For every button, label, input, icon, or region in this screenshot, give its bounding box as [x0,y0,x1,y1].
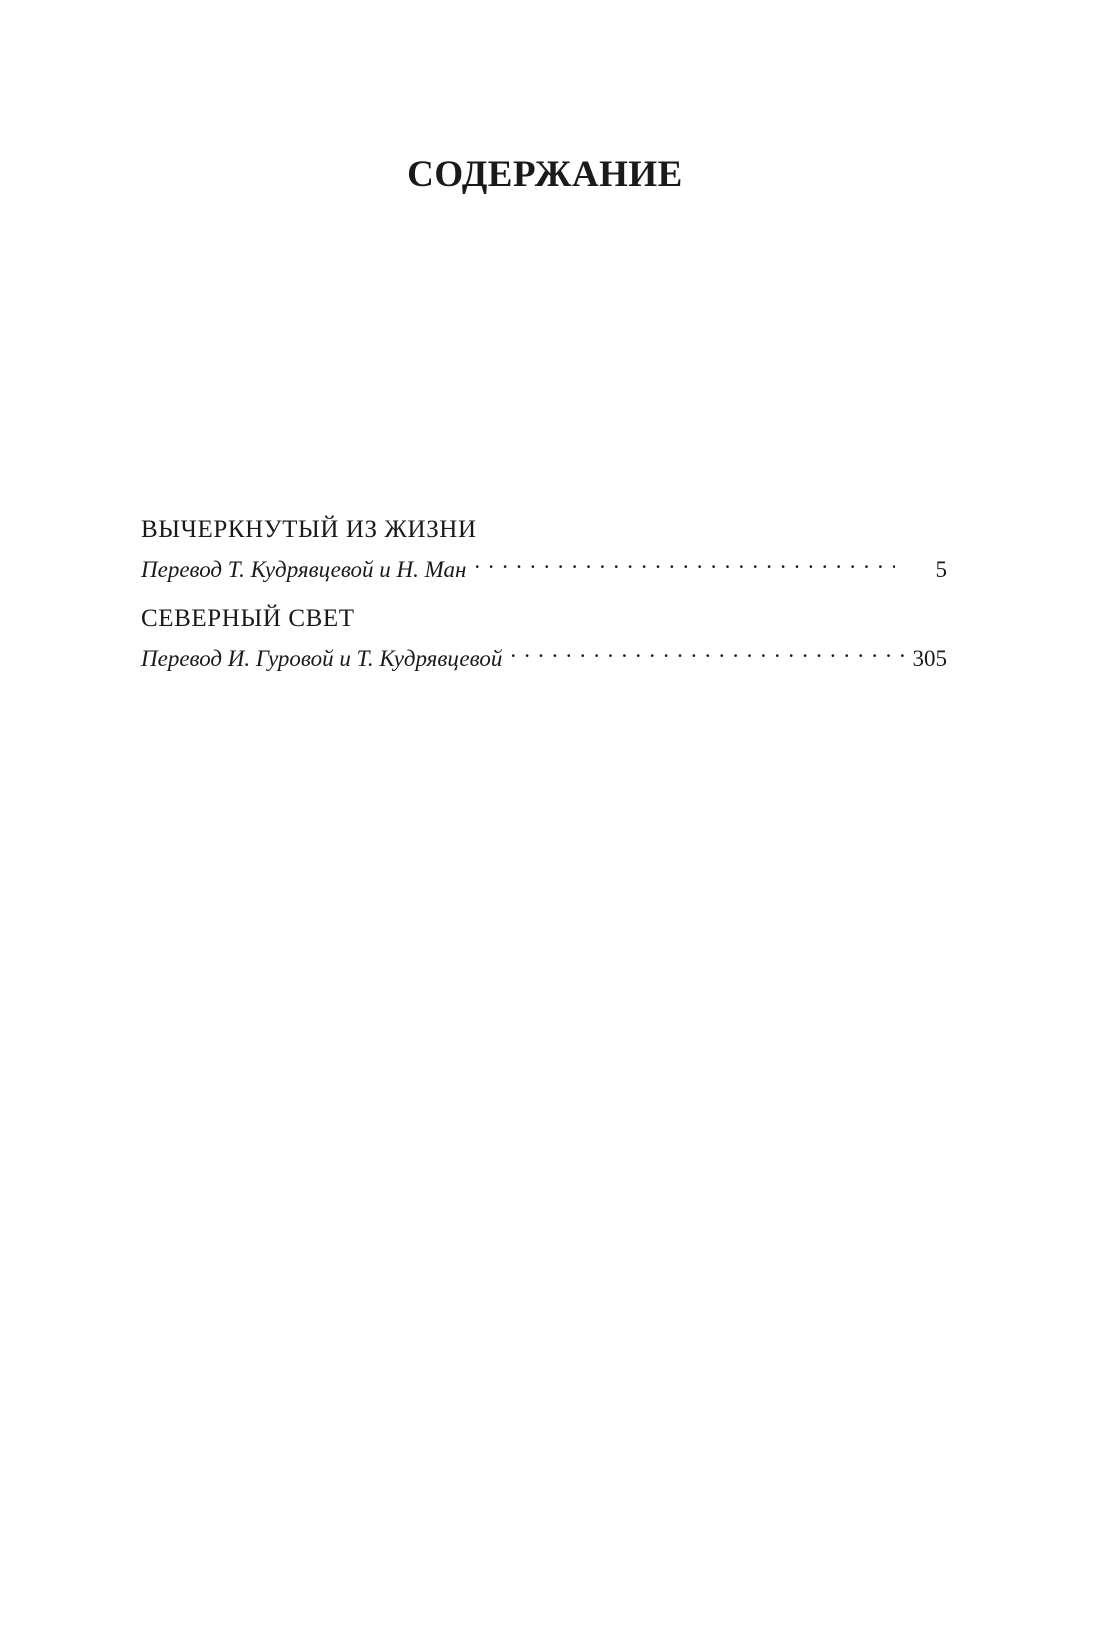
toc-page-number: 305 [913,643,948,675]
table-of-contents: ВЫЧЕРКНУТЫЙ ИЗ ЖИЗНИ Перевод Т. Кудрявце… [141,515,947,693]
dot-leader [474,545,895,577]
toc-entry-line: Перевод Т. Кудрявцевой и Н. Ман 5 [141,545,947,586]
page-title: СОДЕРЖАНИЕ [0,152,1090,198]
toc-entry-title: ВЫЧЕРКНУТЫЙ ИЗ ЖИЗНИ [141,515,947,545]
toc-entry-translator: Перевод Т. Кудрявцевой и Н. Ман [141,554,474,586]
toc-entry: ВЫЧЕРКНУТЫЙ ИЗ ЖИЗНИ Перевод Т. Кудрявце… [141,515,947,586]
toc-page-number: 5 [895,554,947,586]
toc-entry-translator: Перевод И. Гуровой и Т. Кудрявцевой [141,643,510,675]
dot-leader [510,634,912,666]
toc-entry-title: СЕВЕРНЫЙ СВЕТ [141,604,947,634]
toc-entry-line: Перевод И. Гуровой и Т. Кудрявцевой 305 [141,634,947,675]
toc-entry: СЕВЕРНЫЙ СВЕТ Перевод И. Гуровой и Т. Ку… [141,604,947,675]
